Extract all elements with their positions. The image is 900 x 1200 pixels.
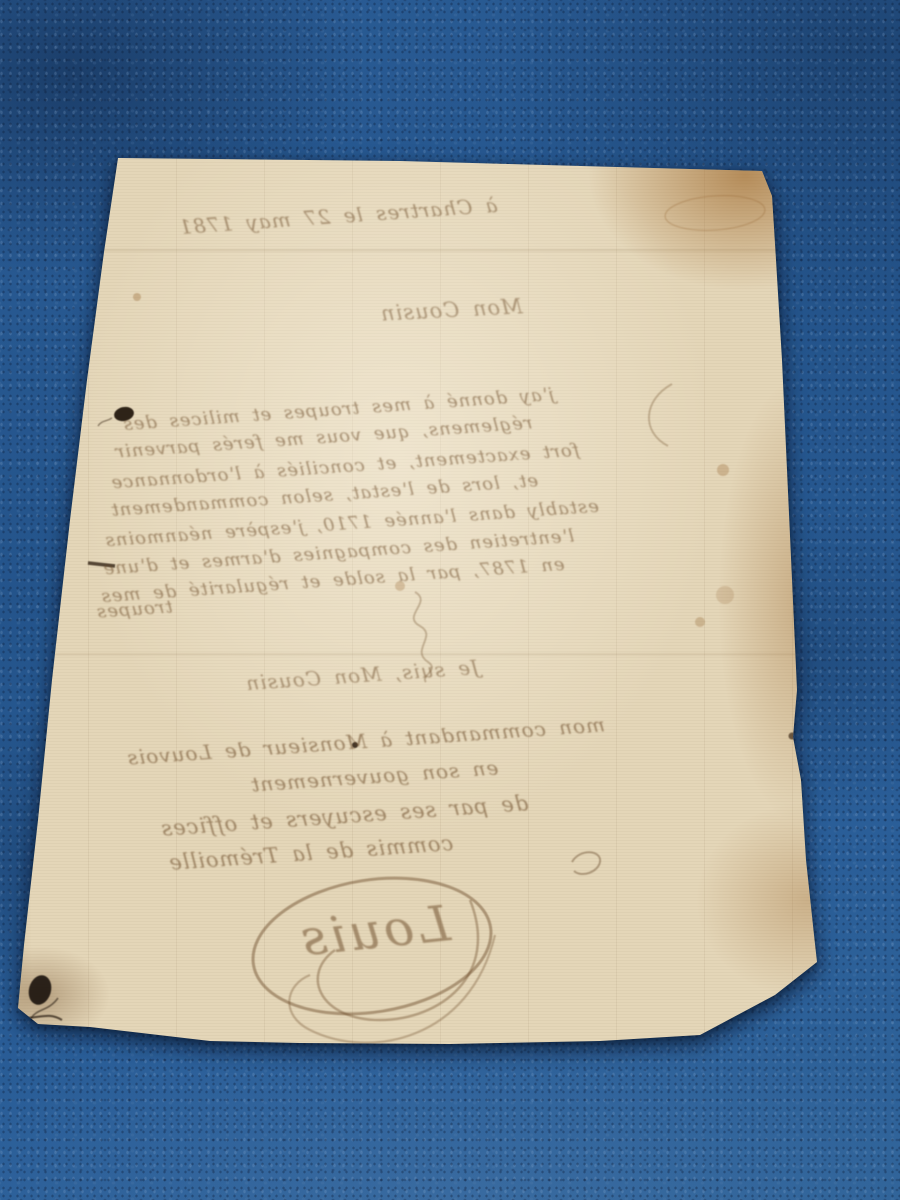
ink-flourish bbox=[572, 852, 600, 874]
foxing-spot bbox=[717, 464, 729, 476]
foxing-spot bbox=[695, 617, 705, 627]
ink-flourish bbox=[649, 384, 672, 446]
foxing-spot bbox=[716, 586, 734, 604]
foxing-spot bbox=[133, 293, 141, 301]
worm-hole bbox=[25, 973, 54, 1008]
manuscript-page: à Chartres le 27 may 1781 Mon Cousin j'a… bbox=[0, 0, 900, 1200]
tear-smudge bbox=[18, 1016, 62, 1020]
ink-blot bbox=[98, 418, 112, 426]
embossed-stamp bbox=[664, 193, 766, 234]
paper-sheet: à Chartres le 27 may 1781 Mon Cousin j'a… bbox=[0, 0, 900, 1200]
photo-background: à Chartres le 27 may 1781 Mon Cousin j'a… bbox=[0, 0, 900, 1200]
edge-notch bbox=[789, 733, 796, 740]
